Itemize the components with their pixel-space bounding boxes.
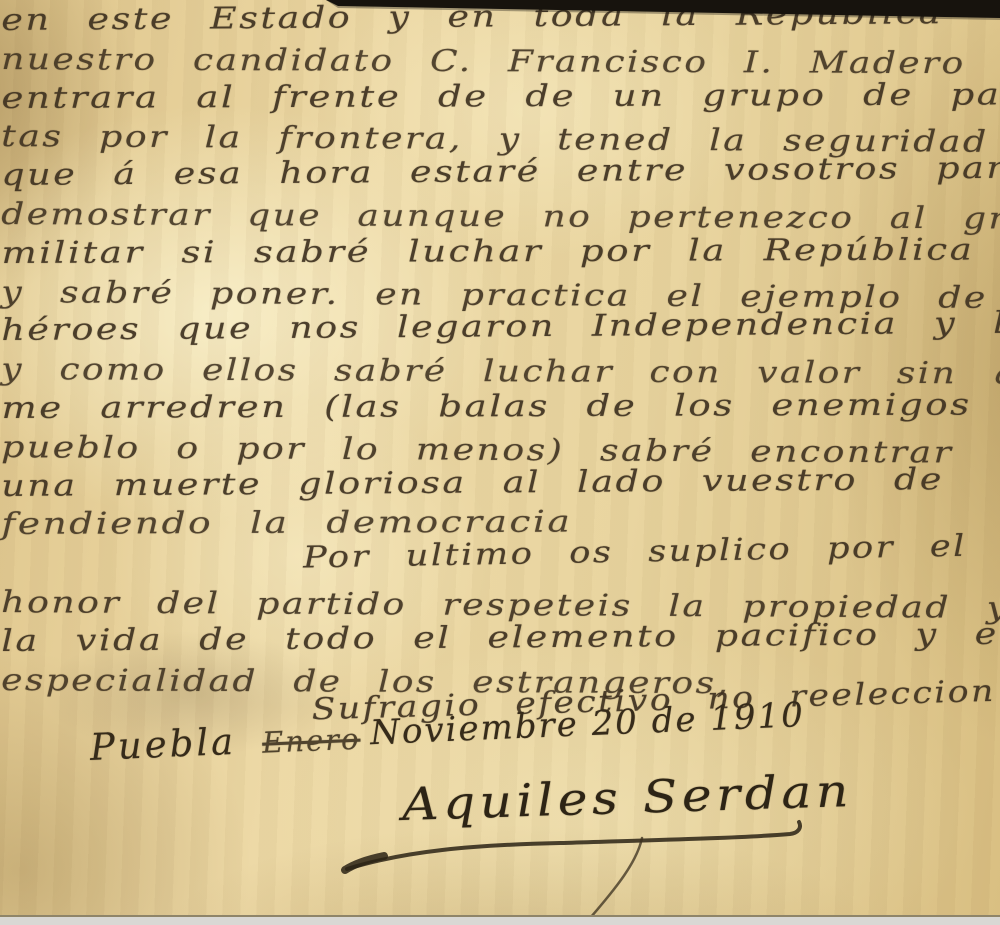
dateline-place: Puebla: [89, 720, 237, 769]
manuscript-text: en este Estado y en toda la Repúblicanue…: [0, 2, 1000, 739]
manuscript-line: que á esa hora estaré entre vosotros par…: [0, 148, 1000, 196]
manuscript-line: me arredren (las balas de los enemigos d…: [0, 385, 1000, 428]
photo-bottom-strip: [0, 915, 1000, 925]
manuscript-line: militar si sabré luchar por la República: [0, 230, 1000, 273]
manuscript-line: en este Estado y en toda la República: [0, 0, 1000, 41]
manuscript-photo: en este Estado y en toda la Repúblicanue…: [0, 0, 1000, 925]
manuscript-line: entrara al frente de de un grupo de patr…: [0, 75, 1000, 118]
dateline-struck-word: Enero: [261, 722, 361, 760]
manuscript-line: héroes que nos legaron Independencia y l…: [0, 303, 1000, 351]
